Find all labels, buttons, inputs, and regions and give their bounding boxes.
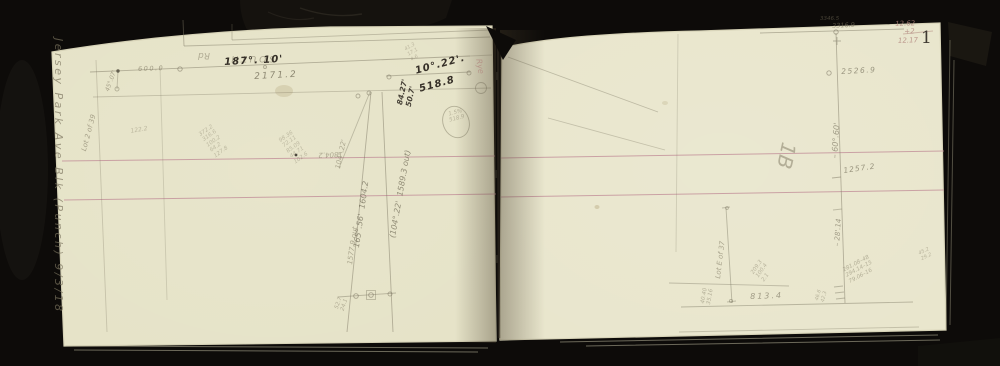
right-page [500, 23, 954, 346]
notebook-photo: Jersey Park Ave Blk (Punch) 9/3/18 SOUTH… [0, 0, 1000, 366]
cover-corner-right [948, 22, 992, 66]
gutter [455, 26, 545, 343]
paper-stain [275, 85, 293, 97]
left-page-stack-edges [66, 346, 488, 352]
binding-stitches [496, 72, 497, 263]
notebook-sketch-layer [0, 0, 1000, 366]
left-page [52, 20, 524, 352]
